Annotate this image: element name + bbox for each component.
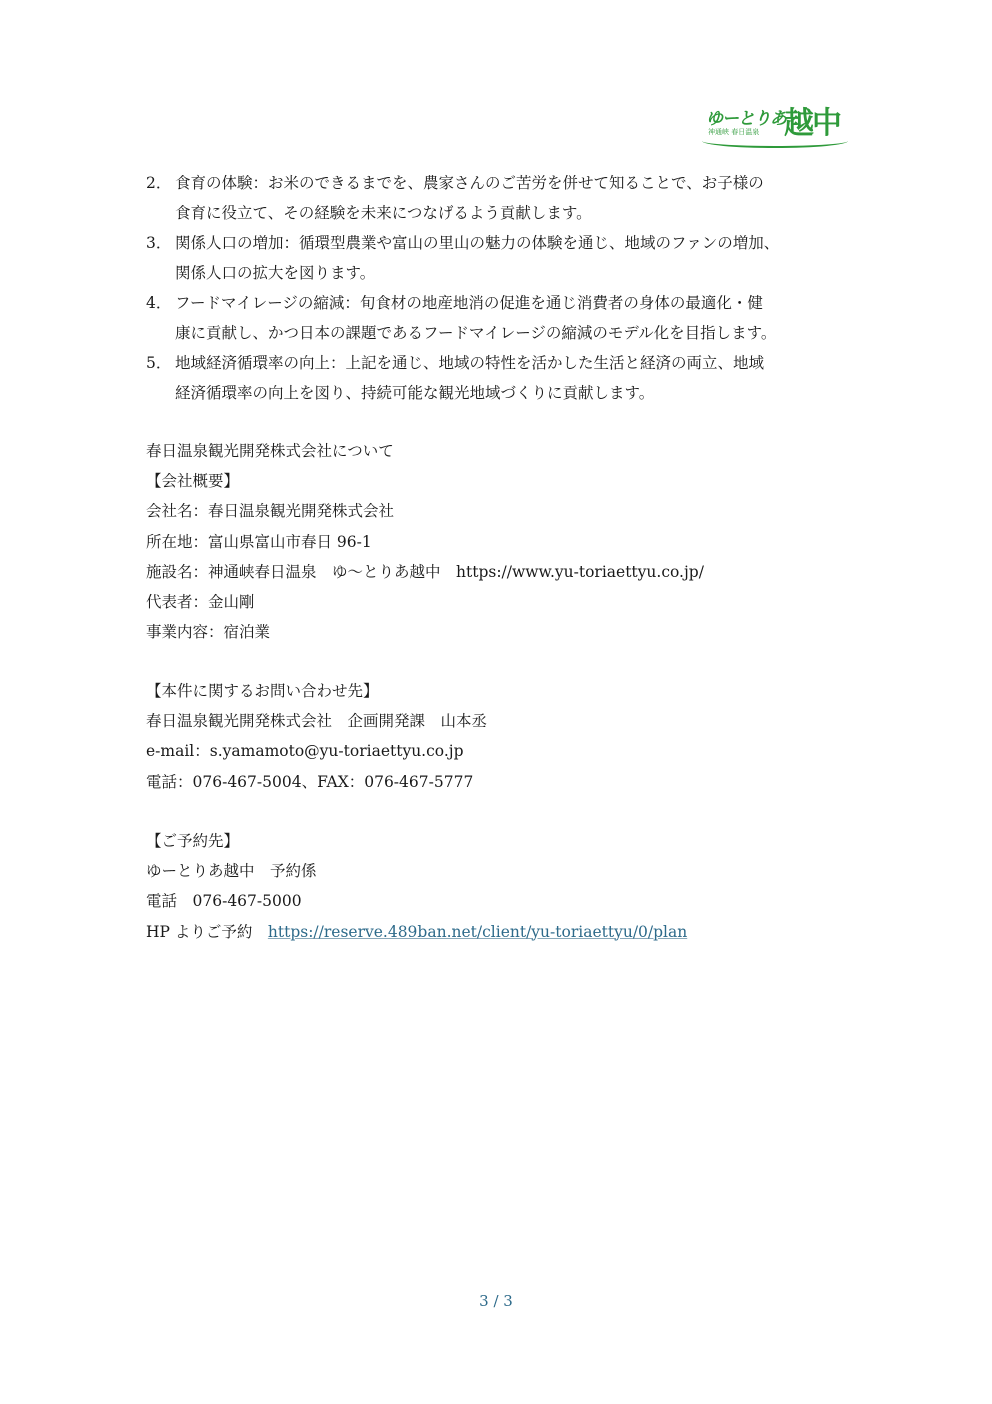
inquiry-contact: 春日温泉観光開発株式会社 企画開発課 山本丞 xyxy=(146,706,846,736)
goal-text-continued: 食育に役立て、その経験を未来につなげるよう貢献します。 xyxy=(146,198,876,228)
goal-text: 地域経済循環率の向上：上記を通じ、地域の特性を活かした生活と経済の両立、地域 xyxy=(175,354,764,372)
reservation-desk: ゆーとりあ越中 予約係 xyxy=(146,856,846,886)
reservation-link[interactable]: https://reserve.489ban.net/client/yu-tor… xyxy=(268,923,687,941)
inquiry-email: e-mail：s.yamamoto@yu-toriaettyu.co.jp xyxy=(146,736,846,766)
goal-number: 4． xyxy=(146,288,175,318)
reservation-phone: 電話 076-467-5000 xyxy=(146,886,846,916)
goal-item: 4．フードマイレージの縮減：旬食材の地産地消の促進を通じ消費者の身体の最適化・健… xyxy=(146,288,876,348)
inquiry-section: 【本件に関するお問い合わせ先】 春日温泉観光開発株式会社 企画開発課 山本丞 e… xyxy=(146,676,846,797)
goals-list: 2．食育の体験：お米のできるまでを、農家さんのご苦労を併せて知ることで、お子様の… xyxy=(146,168,876,408)
inquiry-heading: 【本件に関するお問い合わせ先】 xyxy=(146,676,846,706)
goal-text: 関係人口の増加：循環型農業や富山の里山の魅力の体験を通じ、地域のファンの増加、 xyxy=(175,234,779,252)
goal-text: フードマイレージの縮減：旬食材の地産地消の促進を通じ消費者の身体の最適化・健 xyxy=(175,294,763,312)
reservation-section: 【ご予約先】 ゆーとりあ越中 予約係 電話 076-467-5000 HP より… xyxy=(146,826,846,947)
goal-text-continued: 康に貢献し、かつ日本の課題であるフードマイレージの縮減のモデル化を目指します。 xyxy=(146,318,876,348)
goal-item: 3．関係人口の増加：循環型農業や富山の里山の魅力の体験を通じ、地域のファンの増加… xyxy=(146,228,876,288)
company-intro: 春日温泉観光開発株式会社について xyxy=(146,436,846,466)
logo-kana: ゆーとりあ xyxy=(706,104,786,129)
reservation-heading: 【ご予約先】 xyxy=(146,826,846,856)
logo-swoosh-icon xyxy=(702,134,848,148)
reservation-web: HP よりご予約 https://reserve.489ban.net/clie… xyxy=(146,917,846,947)
company-name: 会社名：春日温泉観光開発株式会社 xyxy=(146,496,846,526)
goal-text-continued: 経済循環率の向上を図り、持続可能な観光地域づくりに貢献します。 xyxy=(146,378,876,408)
company-representative: 代表者：金山剛 xyxy=(146,587,846,617)
goal-number: 3． xyxy=(146,228,175,258)
company-address: 所在地：富山県富山市春日 96-1 xyxy=(146,527,846,557)
goal-text: 食育の体験：お米のできるまでを、農家さんのご苦労を併せて知ることで、お子様の xyxy=(175,174,764,192)
page-number: 3 / 3 xyxy=(0,1292,992,1310)
company-logo: ゆーとりあ 越中 神通峡 春日温泉 xyxy=(700,100,850,150)
inquiry-phone: 電話：076-467-5004、FAX：076-467-5777 xyxy=(146,767,846,797)
goal-item: 5．地域経済循環率の向上：上記を通じ、地域の特性を活かした生活と経済の両立、地域… xyxy=(146,348,876,408)
goal-item: 2．食育の体験：お米のできるまでを、農家さんのご苦労を併せて知ることで、お子様の… xyxy=(146,168,876,228)
goal-text-continued: 関係人口の拡大を図ります。 xyxy=(146,258,876,288)
goal-number: 2． xyxy=(146,168,175,198)
company-overview: 春日温泉観光開発株式会社について 【会社概要】 会社名：春日温泉観光開発株式会社… xyxy=(146,436,846,647)
company-heading: 【会社概要】 xyxy=(146,466,846,496)
reservation-web-label: HP よりご予約 xyxy=(146,923,268,941)
company-facility: 施設名：神通峡春日温泉 ゆ～とりあ越中 https://www.yu-toria… xyxy=(146,557,846,587)
company-business: 事業内容：宿泊業 xyxy=(146,617,846,647)
goal-number: 5． xyxy=(146,348,175,378)
